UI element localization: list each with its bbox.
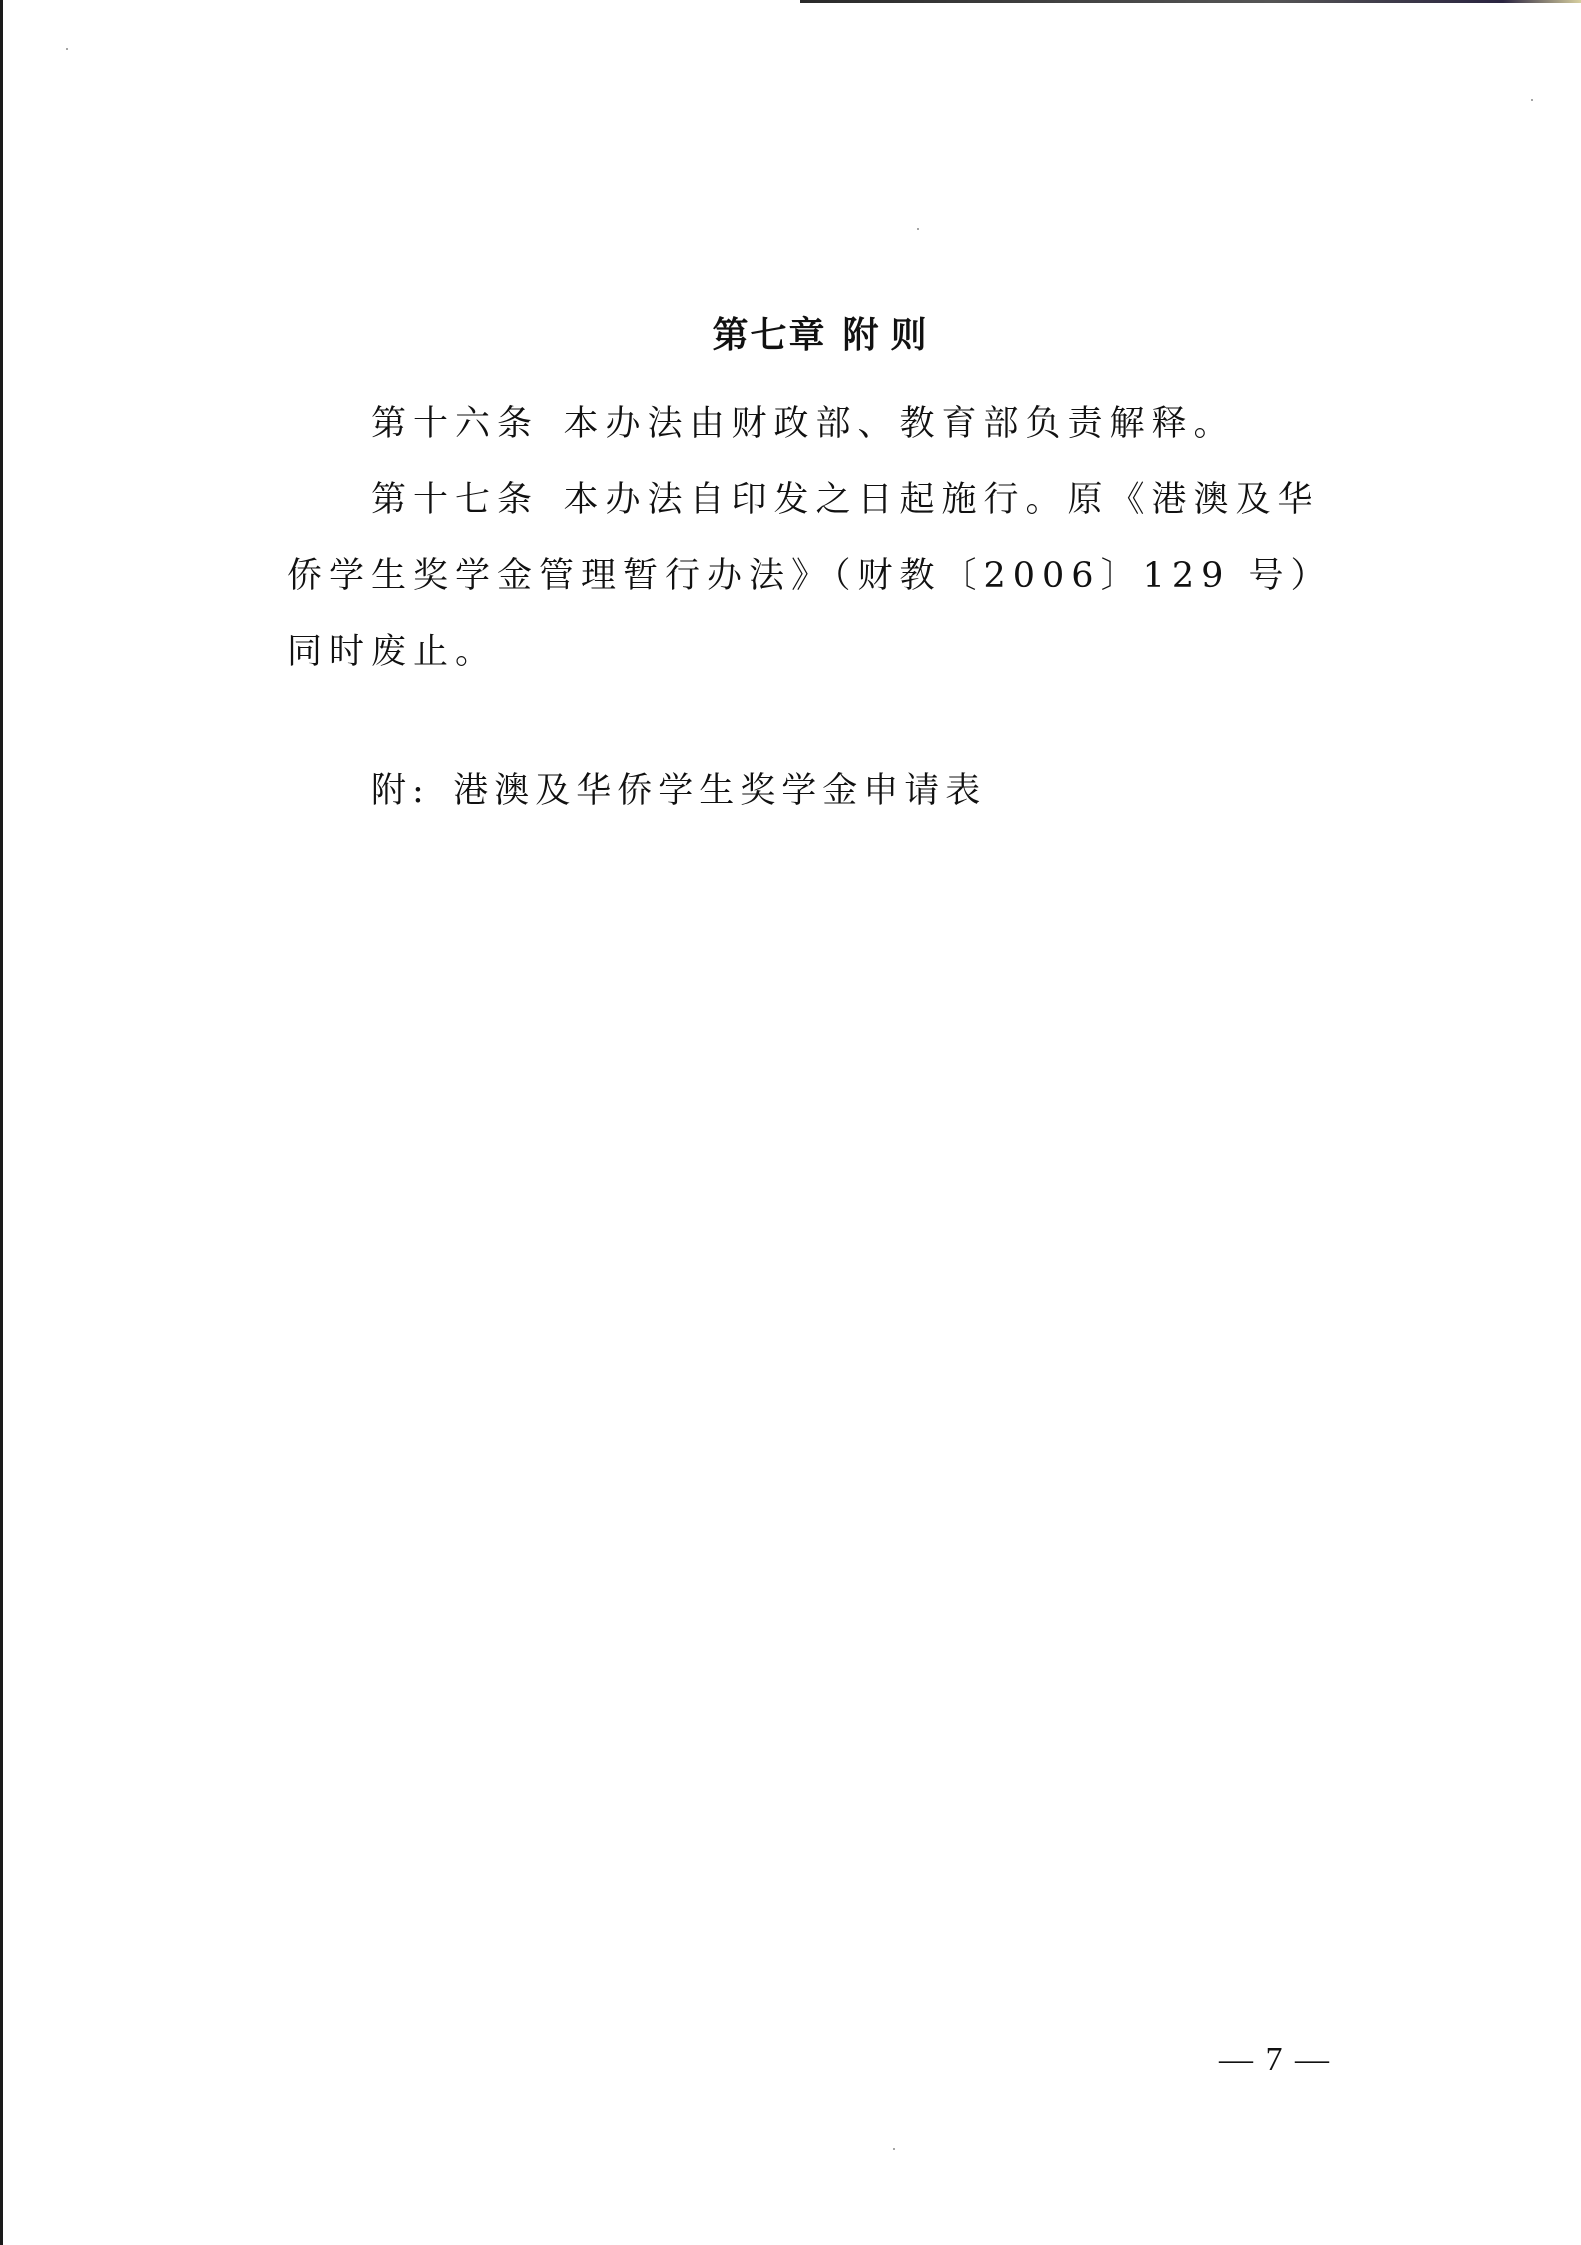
document-page: 第七章附则 第十六条 本办法由财政部、教育部负责解释。 第十七条 本办法自印发之… <box>0 0 1581 2245</box>
chapter-name-1: 附 <box>842 315 880 356</box>
attachment-label: 附: <box>371 771 430 811</box>
article-16-label: 第十六条 <box>371 404 539 444</box>
scan-speck <box>66 48 68 50</box>
scan-speck <box>917 228 919 230</box>
article-16: 第十六条 本办法由财政部、教育部负责解释。 <box>287 386 1357 462</box>
chapter-title: 第七章附则 <box>0 314 1581 358</box>
article-17: 第十七条 本办法自印发之日起施行。原《港澳及华侨学生奖学金管理暂行办法》（财教〔… <box>287 462 1357 690</box>
body-text: 第十六条 本办法由财政部、教育部负责解释。 第十七条 本办法自印发之日起施行。原… <box>287 386 1357 690</box>
article-17-label: 第十七条 <box>371 480 539 520</box>
attachment-line: 附: 港澳及华侨学生奖学金申请表 <box>371 766 986 816</box>
scan-edge-top <box>800 0 1581 3</box>
page-number: — 7 — <box>1219 2040 1331 2080</box>
article-16-text: 本办法由财政部、教育部负责解释。 <box>564 404 1236 444</box>
scan-speck <box>1531 99 1533 101</box>
chapter-number: 第七章 <box>712 315 826 356</box>
chapter-name-2: 则 <box>891 315 929 356</box>
attachment-title: 港澳及华侨学生奖学金申请表 <box>453 771 986 811</box>
scan-speck <box>893 2148 895 2150</box>
